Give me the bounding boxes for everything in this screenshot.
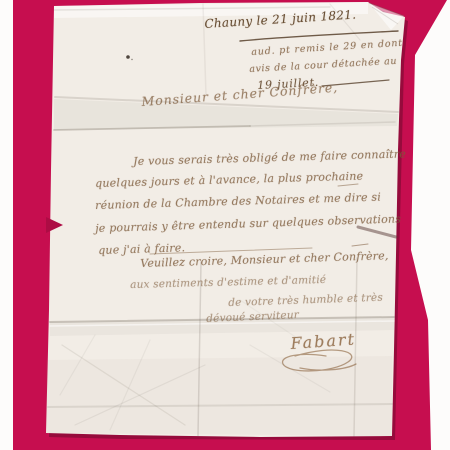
letter-photo-graphics: [0, 0, 450, 450]
ink-blot: [126, 55, 130, 59]
photo-frame: Chauny le 21 juin 1821. aud. pt remis le…: [0, 0, 450, 450]
ink-fleck: [131, 59, 132, 60]
